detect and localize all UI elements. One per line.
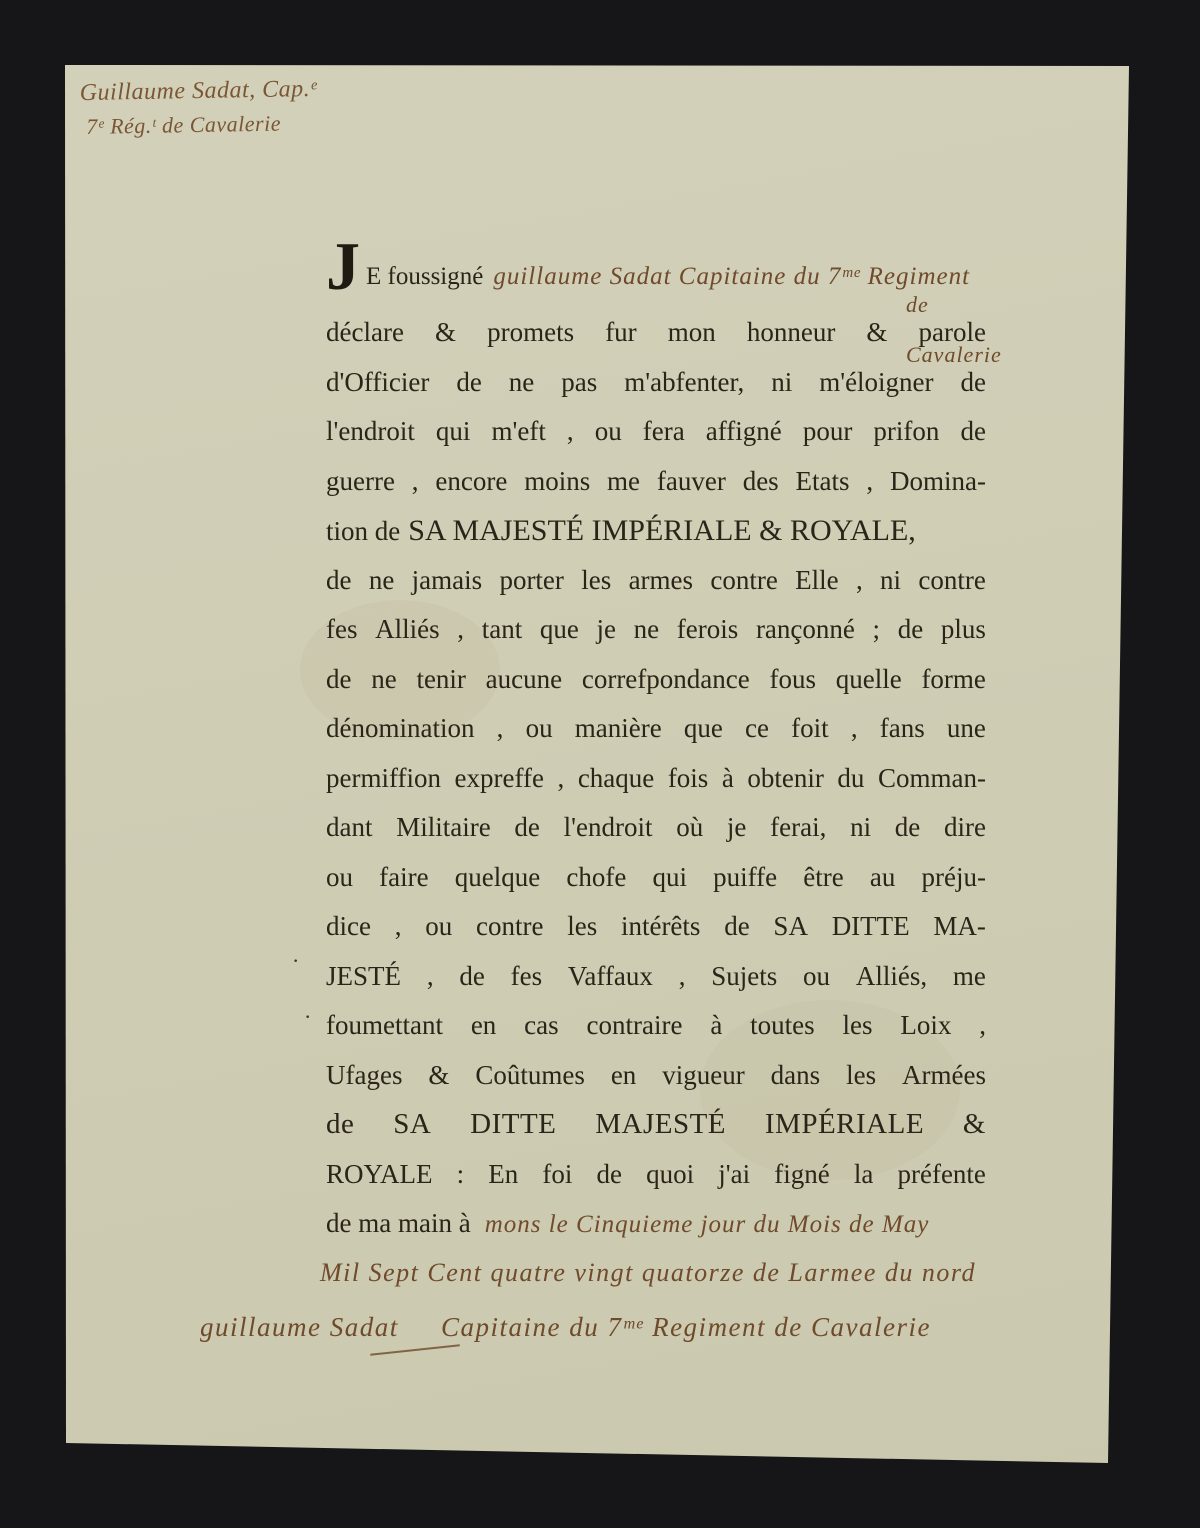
word: du — [837, 754, 864, 804]
word: ni — [880, 556, 901, 606]
word: , — [866, 457, 873, 507]
word: ferai, — [770, 803, 826, 853]
word: , — [558, 754, 565, 804]
text-fragment: de ma main à — [326, 1199, 471, 1249]
word: fous — [769, 655, 816, 705]
word: à — [710, 1001, 722, 1051]
word: Elle — [795, 556, 838, 606]
word: préju- — [921, 853, 985, 903]
word: fauver — [657, 457, 726, 507]
word: ce — [745, 704, 769, 754]
margin-annotation: Guillaume Sadat, Cap.ᵉ 7ᵉ Rég.ᵗ de Caval… — [79, 72, 317, 144]
word: m'eft — [492, 407, 546, 457]
opening-line: J E foussignéguillaume Sadat Capitaine d… — [326, 230, 986, 308]
word: SA — [773, 902, 808, 952]
word: être — [803, 853, 843, 903]
document-sheet: Guillaume Sadat, Cap.ᵉ 7ᵉ Rég.ᵗ de Caval… — [0, 0, 1200, 1528]
word: figné — [774, 1150, 829, 1200]
word: Militaire — [396, 803, 490, 853]
word: dant — [326, 803, 373, 853]
word: ne — [369, 556, 394, 606]
word: SA — [393, 1100, 431, 1150]
word: Sujets — [711, 952, 777, 1002]
word: prifon — [873, 407, 939, 457]
word: de — [326, 556, 351, 606]
word: Comman- — [878, 754, 986, 804]
word: forme — [921, 655, 985, 705]
signature: guillaume Sadat Capitaine du 7ᵐᵉ Regimen… — [200, 1312, 931, 1343]
text-line: fesAlliés,tantquejeneferoisrançonné;depl… — [326, 605, 986, 655]
word: MA- — [933, 902, 986, 952]
word: contre — [918, 556, 985, 606]
text-line: dice,oucontrelesintérêtsdeSADITTEMA- — [326, 902, 986, 952]
word: préfente — [897, 1150, 985, 1200]
text-line: guerre,encoremoinsmefauverdesEtats,Domin… — [326, 457, 986, 507]
word: qui — [652, 853, 687, 903]
word: m'abfenter, — [624, 358, 744, 408]
word: JESTÉ — [326, 952, 401, 1002]
word: je — [597, 605, 617, 655]
word: de — [456, 358, 481, 408]
printed-body: J E foussignéguillaume Sadat Capitaine d… — [326, 230, 986, 1249]
word: en — [611, 1051, 636, 1101]
text-line: dantMilitairedel'endroitoùjeferai,nidedi… — [326, 803, 986, 853]
word: ne — [509, 358, 534, 408]
word: Etats — [796, 457, 850, 507]
word: à — [722, 754, 734, 804]
word: fans — [880, 704, 925, 754]
text-line: Ufages&CoûtumesenvigueurdanslesArmées — [326, 1051, 986, 1101]
word: encore — [435, 457, 507, 507]
word: de — [514, 803, 539, 853]
word: ou — [595, 407, 622, 457]
word: où — [676, 803, 703, 853]
word: DITTE — [832, 902, 910, 952]
word: porter — [499, 556, 563, 606]
word: foumettant — [326, 1001, 443, 1051]
word: , — [567, 407, 574, 457]
text-line: ROYALE:Enfoidequoij'aifignélapréfente — [326, 1150, 986, 1200]
word: ou — [526, 704, 553, 754]
word: l'endroit — [564, 803, 653, 853]
word: obtenir — [747, 754, 823, 804]
text-line: d'Officierdenepasm'abfenter,nim'éloigner… — [326, 358, 986, 408]
word: jamais — [412, 556, 482, 606]
text-line: denejamaisporterlesarmescontreElle,nicon… — [326, 556, 986, 606]
word: ROYALE — [326, 1150, 433, 1200]
word: fois — [668, 754, 709, 804]
word: intérêts — [621, 902, 700, 952]
text-line: permiffionexpreffe,chaquefoisàobtenirduC… — [326, 754, 986, 804]
word: rançonné — [756, 605, 855, 655]
word: , — [497, 704, 504, 754]
word: ne — [371, 655, 396, 705]
word: puiffe — [713, 853, 777, 903]
text-line: JESTÉ,defesVaffaux,SujetsouAlliés,me — [326, 952, 986, 1002]
word: , — [395, 902, 402, 952]
text-line: foumettantencascontraireàtouteslesLoix, — [326, 1001, 986, 1051]
word: de — [326, 1100, 354, 1150]
word: , — [679, 952, 686, 1002]
word: l'endroit — [326, 407, 415, 457]
word: contraire — [587, 1001, 683, 1051]
margin-mark: · — [292, 948, 299, 974]
word: une — [947, 704, 986, 754]
word: aucune — [486, 655, 562, 705]
word: de — [895, 803, 920, 853]
word: mon — [668, 308, 716, 358]
word: IMPÉRIALE — [765, 1100, 924, 1150]
text-line: deneteniraucunecorrefpondancefousquellef… — [326, 655, 986, 705]
word: toutes — [750, 1001, 815, 1051]
word: ; — [873, 605, 881, 655]
word: contre — [476, 902, 543, 952]
word: dire — [944, 803, 986, 853]
word: foit — [791, 704, 829, 754]
word: pour — [803, 407, 853, 457]
word: déclare — [326, 308, 404, 358]
word: manière — [575, 704, 662, 754]
opening-text: E foussignéguillaume Sadat Capitaine du … — [366, 252, 970, 302]
text-line: déclare&prometsfurmonhonneur&parole — [326, 308, 986, 358]
margin-mark: · — [304, 1004, 311, 1030]
word: & — [435, 308, 456, 358]
word: , — [851, 704, 858, 754]
word: correfpondance — [582, 655, 750, 705]
word: me — [607, 457, 640, 507]
word: au — [870, 853, 895, 903]
text-line: deSADITTEMAJESTÉIMPÉRIALE& — [326, 1100, 986, 1150]
word: & — [866, 308, 887, 358]
word: En — [488, 1150, 518, 1200]
word: Domina- — [890, 457, 986, 507]
word: dice — [326, 902, 371, 952]
text-line: tion de SA MAJESTÉ IMPÉRIALE & ROYALE, — [326, 506, 986, 556]
word: ou — [803, 952, 830, 1002]
word: fera — [643, 407, 685, 457]
word: Loix — [900, 1001, 951, 1051]
word: la — [854, 1150, 874, 1200]
word: MAJESTÉ — [595, 1100, 726, 1150]
word: de — [898, 605, 923, 655]
word: Coûtumes — [475, 1051, 585, 1101]
word: ferois — [677, 605, 738, 655]
word: chofe — [566, 853, 626, 903]
opening-printed: E foussigné — [366, 263, 483, 290]
text-fragment: tion de — [326, 507, 400, 557]
word: tant — [482, 605, 523, 655]
signature-name: guillaume Sadat — [200, 1312, 399, 1342]
word: fur — [605, 308, 636, 358]
text-line: l'endroitquim'eft,ouferaaffignépourprifo… — [326, 407, 986, 457]
word: dénomination — [326, 704, 474, 754]
word: ou — [326, 853, 353, 903]
handwritten-date-line-2: Mil Sept Cent quatre vingt quatorze de L… — [320, 1258, 976, 1288]
word: armes — [629, 556, 693, 606]
word: : — [457, 1150, 465, 1200]
dropcap-letter: J — [326, 236, 360, 296]
word: affigné — [706, 407, 782, 457]
word: DITTE — [470, 1100, 556, 1150]
word: quoi — [646, 1150, 694, 1200]
word: chaque — [578, 754, 654, 804]
handwritten-date-line-1: mons le Cinquieme jour du Mois de May — [485, 1200, 930, 1250]
word: fes — [326, 605, 357, 655]
word: permiffion — [326, 754, 441, 804]
word: expreffe — [455, 754, 544, 804]
word: quelle — [836, 655, 902, 705]
word: guerre — [326, 457, 395, 507]
word: , — [412, 457, 419, 507]
word: pas — [561, 358, 597, 408]
word: qui — [436, 407, 471, 457]
word: de — [597, 1150, 622, 1200]
word: Armées — [902, 1051, 986, 1101]
word: ni — [771, 358, 792, 408]
word: de — [724, 902, 749, 952]
word: plus — [941, 605, 986, 655]
signature-title: Capitaine du 7ᵐᵉ Regiment de Cavalerie — [441, 1312, 931, 1342]
opening-handwritten-continuation: de Cavalerie — [906, 280, 1002, 379]
majesty-title: SA MAJESTÉ IMPÉRIALE & ROYALE, — [408, 506, 916, 556]
word: vigueur — [662, 1051, 744, 1101]
word: ni — [850, 803, 871, 853]
word: que — [684, 704, 723, 754]
word: ne — [634, 605, 659, 655]
text-line: de ma main à mons le Cinquieme jour du M… — [326, 1199, 986, 1249]
word: Ufages — [326, 1051, 402, 1101]
text-line: dénomination,oumanièrequecefoit,fansune — [326, 704, 986, 754]
word: moins — [524, 457, 590, 507]
word: les — [846, 1051, 876, 1101]
word: Alliés — [375, 605, 440, 655]
word: ou — [425, 902, 452, 952]
word: Vaffaux — [568, 952, 653, 1002]
word: , — [979, 1001, 986, 1051]
word: fes — [511, 952, 542, 1002]
text-line: oufairequelquechofequipuiffeêtreaupréju- — [326, 853, 986, 903]
word: les — [581, 556, 611, 606]
word: de — [459, 952, 484, 1002]
word: honneur — [747, 308, 835, 358]
word: & — [963, 1100, 986, 1150]
word: d'Officier — [326, 358, 429, 408]
word: , — [457, 605, 464, 655]
word: quelque — [455, 853, 540, 903]
word: cas — [524, 1001, 558, 1051]
word: les — [567, 902, 597, 952]
word: faire — [379, 853, 428, 903]
word: & — [428, 1051, 449, 1101]
word: des — [743, 457, 779, 507]
word: contre — [710, 556, 777, 606]
word: dans — [771, 1051, 821, 1101]
word: en — [471, 1001, 496, 1051]
word: foi — [542, 1150, 572, 1200]
word: je — [727, 803, 747, 853]
word: , — [856, 556, 863, 606]
word: Alliés, — [856, 952, 927, 1002]
opening-handwritten: guillaume Sadat Capitaine du 7ᵐᵉ Regimen… — [493, 263, 970, 290]
word: de — [326, 655, 351, 705]
word: , — [427, 952, 434, 1002]
annotation-line-1: Guillaume Sadat, Cap.ᵉ — [79, 72, 317, 110]
word: de — [960, 407, 985, 457]
word: j'ai — [718, 1150, 750, 1200]
word: me — [953, 952, 986, 1002]
word: promets — [487, 308, 574, 358]
word: que — [540, 605, 579, 655]
word: tenir — [416, 655, 465, 705]
word: les — [843, 1001, 873, 1051]
annotation-line-2: 7ᵉ Rég.ᵗ de Cavalerie — [80, 106, 318, 144]
